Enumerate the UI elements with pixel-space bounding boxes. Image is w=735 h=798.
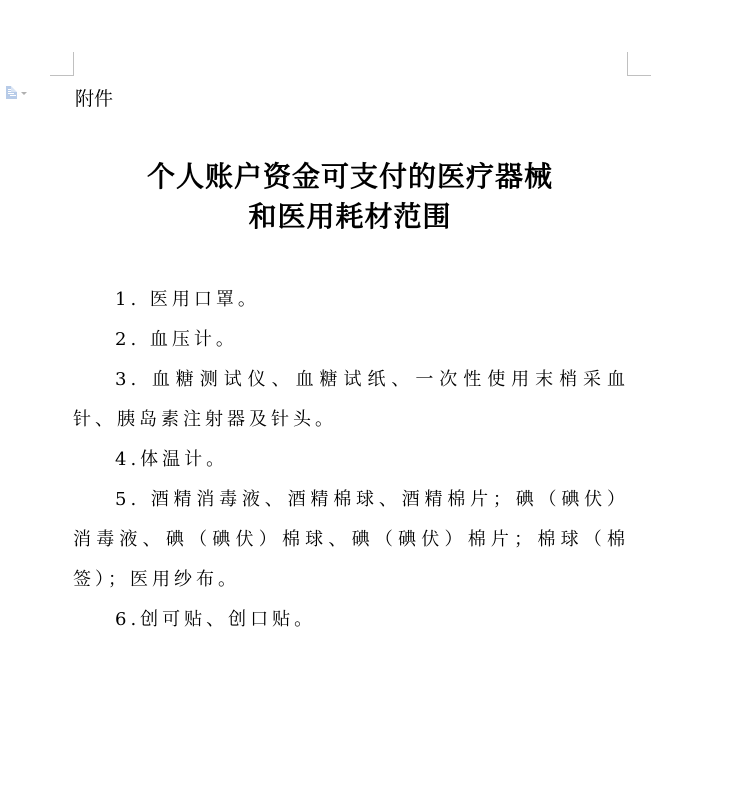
list-item-6: 6.创可贴、创口贴。 [73,600,629,640]
document-page: 附件 个人账户资金可支付的医疗器械 和医用耗材范围 1. 医用口罩。 2. 血压… [0,0,735,798]
list-item-4: 4.体温计。 [73,440,629,480]
top-right-crop-mark [627,52,651,76]
document-title-line-2: 和医用耗材范围 [73,197,627,237]
paragraph-options-button[interactable] [6,86,27,99]
document-icon [6,86,17,99]
chevron-down-icon [21,92,27,95]
list-item-1: 1. 医用口罩。 [73,280,629,320]
document-body: 1. 医用口罩。 2. 血压计。 3. 血糖测试仪、血糖试纸、一次性使用末梢采血… [73,280,629,640]
document-title-line-1: 个人账户资金可支付的医疗器械 [73,157,627,197]
list-item-5: 5. 酒精消毒液、酒精棉球、酒精棉片；碘（碘伏）消毒液、碘（碘伏）棉球、碘（碘伏… [73,480,629,600]
top-left-crop-mark [50,52,74,76]
list-item-3: 3. 血糖测试仪、血糖试纸、一次性使用末梢采血针、胰岛素注射器及针头。 [73,360,629,440]
list-item-2: 2. 血压计。 [73,320,629,360]
attachment-label: 附件 [75,87,113,111]
